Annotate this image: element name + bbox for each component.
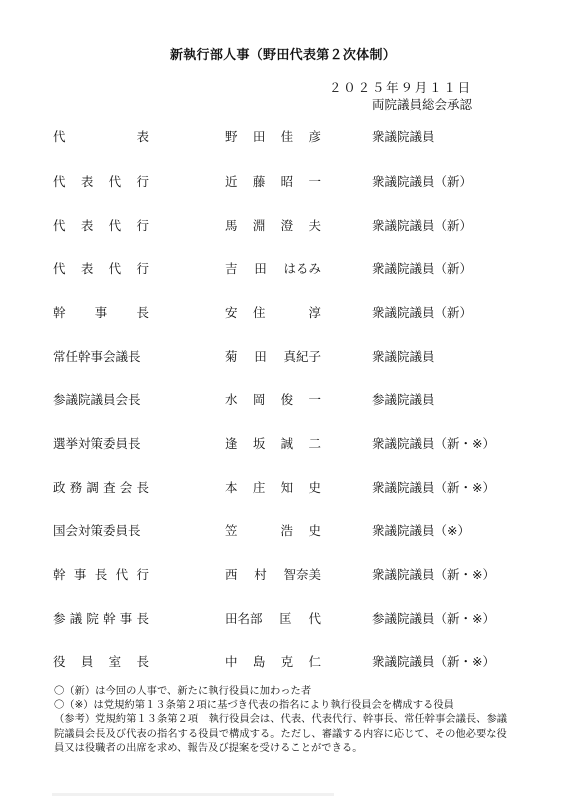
name-char: 藤 — [253, 172, 266, 190]
member-name: 本庄知史 — [225, 478, 321, 496]
role-char: 務 — [70, 478, 83, 496]
member-role: 代表代行 — [53, 216, 149, 234]
name-char: 野 — [225, 127, 238, 145]
name-char: 菊 — [225, 347, 238, 365]
role-char: 役 — [53, 652, 66, 670]
member-status: 衆議院議員（新） — [372, 303, 472, 321]
member-name: 西村智奈美 — [225, 565, 321, 583]
member-row: 幹事長代行西村智奈美衆議院議員（新・※） — [0, 565, 566, 583]
role-char: 事 — [74, 565, 87, 583]
role-char: 院 — [86, 609, 99, 627]
name-char: 庄 — [253, 478, 266, 496]
role-char: 長 — [136, 609, 149, 627]
name-char: 村 — [254, 565, 267, 583]
member-row: 幹事長安住淳衆議院議員（新） — [0, 303, 566, 321]
footnote-reference-line-1: （参考）党規約第１３条第２項 執行役員会は、代表、代表代行、幹事長、常任幹事会議… — [54, 712, 514, 726]
member-role: 国会対策委員長 — [53, 521, 149, 539]
role-char: 参 — [53, 609, 66, 627]
name-char: 田 — [254, 347, 267, 365]
role-char: 行 — [136, 172, 149, 190]
name-char: 智奈美 — [283, 565, 321, 583]
name-char: 西 — [225, 565, 238, 583]
name-char: 二 — [308, 434, 321, 452]
footnotes: 〇（新）は今回の人事で、新たに執行役員に加わった者 〇（※）は党規約第１３条第２… — [54, 684, 514, 755]
member-role: 常任幹事会議長 — [53, 347, 149, 365]
role-char: 幹 — [103, 609, 116, 627]
member-name: 野田佳彦 — [225, 127, 321, 145]
name-char: はるみ — [283, 259, 321, 277]
name-char — [281, 303, 293, 321]
member-name: 安住淳 — [225, 303, 321, 321]
name-char: 史 — [308, 478, 321, 496]
member-status: 衆議院議員（新・※） — [372, 434, 495, 452]
name-char: 俊 — [281, 390, 294, 408]
name-char: 島 — [253, 652, 266, 670]
name-char: 匡 — [279, 609, 292, 627]
role-char: 長 — [136, 478, 149, 496]
role-char: 表 — [81, 172, 94, 190]
member-status: 衆議院議員（新・※） — [372, 478, 495, 496]
member-name: 近藤昭一 — [225, 172, 321, 190]
role-char: 表 — [81, 259, 94, 277]
name-char: 近 — [225, 172, 238, 190]
name-char: 淵 — [253, 216, 266, 234]
member-role: 役員室長 — [53, 652, 149, 670]
name-char: 岡 — [253, 390, 266, 408]
name-char: 史 — [308, 521, 321, 539]
role-char: 事 — [95, 303, 108, 321]
document-date: ２０２５年９月１１日 — [329, 78, 472, 96]
member-name: 笠浩史 — [225, 521, 321, 539]
role-char: 代 — [53, 259, 66, 277]
name-char: 克 — [281, 652, 294, 670]
name-char: 仁 — [308, 652, 321, 670]
name-char: 吉 — [225, 259, 238, 277]
footnote-new: 〇（新）は今回の人事で、新たに執行役員に加わった者 — [54, 684, 514, 698]
role-char: 参議院議員会長 — [53, 390, 141, 408]
name-char: 佳 — [281, 127, 294, 145]
member-status: 衆議院議員 — [372, 347, 435, 365]
role-char: 代 — [116, 565, 129, 583]
footnote-asterisk: 〇（※）は党規約第１３条第２項に基づき代表の指名により執行役員会を構成する役員 — [54, 698, 514, 712]
member-status: 衆議院議員（新・※） — [372, 652, 495, 670]
role-char: 代 — [53, 172, 66, 190]
member-row: 参議院幹事長田名部匡代参議院議員（新・※） — [0, 609, 566, 627]
name-char: 中 — [225, 652, 238, 670]
name-char: 代 — [308, 609, 321, 627]
name-char: 淳 — [308, 303, 321, 321]
name-char: 馬 — [225, 216, 238, 234]
member-status: 衆議院議員（※） — [372, 521, 470, 539]
role-char: 事 — [120, 609, 133, 627]
name-char: 本 — [225, 478, 238, 496]
role-char: 代 — [53, 127, 66, 145]
member-name: 馬淵澄夫 — [225, 216, 321, 234]
member-row: 常任幹事会議長菊田真紀子衆議院議員 — [0, 347, 566, 365]
member-role: 幹事長代行 — [53, 565, 149, 583]
member-status: 参議院議員（新・※） — [372, 609, 495, 627]
member-row: 代表代行近藤昭一衆議院議員（新） — [0, 172, 566, 190]
footnote-reference-line-3: 員又は役職者の出席を求め、報告及び提案を受けることができる。 — [54, 741, 514, 755]
member-row: 役員室長中島克仁衆議院議員（新・※） — [0, 652, 566, 670]
document-title: 新執行部人事（野田代表第２次体制） — [0, 44, 566, 63]
member-status: 衆議院議員（新） — [372, 259, 472, 277]
name-char: 田 — [254, 259, 267, 277]
role-char: 幹 — [53, 303, 66, 321]
member-role: 代表代行 — [53, 259, 149, 277]
role-char: 査 — [103, 478, 116, 496]
name-char: 夫 — [308, 216, 321, 234]
member-role: 代表代行 — [53, 172, 149, 190]
name-char: 知 — [281, 478, 294, 496]
name-char: 昭 — [281, 172, 294, 190]
role-char: 選挙対策委員長 — [53, 434, 141, 452]
role-char: 常任幹事会議長 — [53, 347, 141, 365]
member-row: 国会対策委員長笠浩史衆議院議員（※） — [0, 521, 566, 539]
role-char: 代 — [109, 172, 122, 190]
role-char: 政 — [53, 478, 66, 496]
name-char: 澄 — [281, 216, 294, 234]
member-name: 田名部匡代 — [225, 609, 321, 627]
member-name: 中島克仁 — [225, 652, 321, 670]
name-char: 田 — [253, 127, 266, 145]
role-char: 長 — [136, 652, 149, 670]
role-char: 表 — [136, 127, 149, 145]
name-char — [253, 521, 265, 539]
member-name: 水岡俊一 — [225, 390, 321, 408]
name-char: 逢 — [225, 434, 238, 452]
footnote-reference-line-2: 院議員会長及び代表の指名する役員で構成する。ただし、審議する内容に応じて、その他… — [54, 727, 514, 741]
member-row: 参議院議員会長水岡俊一参議院議員 — [0, 390, 566, 408]
member-role: 代表 — [53, 127, 149, 145]
name-char: 水 — [225, 390, 238, 408]
role-char: 行 — [136, 216, 149, 234]
member-row: 代表野田佳彦衆議院議員 — [0, 127, 566, 145]
member-status: 衆議院議員（新） — [372, 172, 472, 190]
name-char: 一 — [308, 172, 321, 190]
member-role: 選挙対策委員長 — [53, 434, 149, 452]
role-char: 表 — [81, 216, 94, 234]
name-char: 彦 — [308, 127, 321, 145]
member-name: 菊田真紀子 — [225, 347, 321, 365]
role-char: 会 — [120, 478, 133, 496]
member-role: 幹事長 — [53, 303, 149, 321]
faint-bottom-mark — [52, 793, 334, 796]
role-char: 室 — [109, 652, 122, 670]
name-char: 誠 — [281, 434, 294, 452]
member-status: 衆議院議員（新・※） — [372, 565, 495, 583]
member-name: 吉田はるみ — [225, 259, 321, 277]
member-row: 代表代行馬淵澄夫衆議院議員（新） — [0, 216, 566, 234]
role-char: 長 — [95, 565, 108, 583]
member-status: 参議院議員 — [372, 390, 435, 408]
role-char: 代 — [109, 216, 122, 234]
role-char: 代 — [109, 259, 122, 277]
role-char: 長 — [136, 303, 149, 321]
role-char: 幹 — [53, 565, 66, 583]
name-char: 真紀子 — [283, 347, 321, 365]
role-char: 行 — [136, 259, 149, 277]
member-role: 参議院議員会長 — [53, 390, 149, 408]
name-char: 浩 — [280, 521, 293, 539]
name-char: 一 — [308, 390, 321, 408]
member-row: 選挙対策委員長逢坂誠二衆議院議員（新・※） — [0, 434, 566, 452]
role-char: 代 — [53, 216, 66, 234]
member-row: 代表代行吉田はるみ衆議院議員（新） — [0, 259, 566, 277]
name-char: 坂 — [253, 434, 266, 452]
member-role: 参議院幹事長 — [53, 609, 149, 627]
name-char: 田名部 — [225, 609, 263, 627]
member-role: 政務調査会長 — [53, 478, 149, 496]
member-status: 衆議院議員（新） — [372, 216, 472, 234]
member-name: 逢坂誠二 — [225, 434, 321, 452]
role-char: 調 — [86, 478, 99, 496]
role-char: 行 — [136, 565, 149, 583]
member-status: 衆議院議員 — [372, 127, 435, 145]
name-char: 笠 — [225, 521, 238, 539]
role-char: 国会対策委員長 — [53, 521, 141, 539]
name-char: 安 — [225, 303, 238, 321]
approval-note: 両院議員総会承認 — [372, 95, 472, 113]
role-char: 員 — [81, 652, 94, 670]
member-row: 政務調査会長本庄知史衆議院議員（新・※） — [0, 478, 566, 496]
name-char: 住 — [253, 303, 266, 321]
role-char: 議 — [70, 609, 83, 627]
